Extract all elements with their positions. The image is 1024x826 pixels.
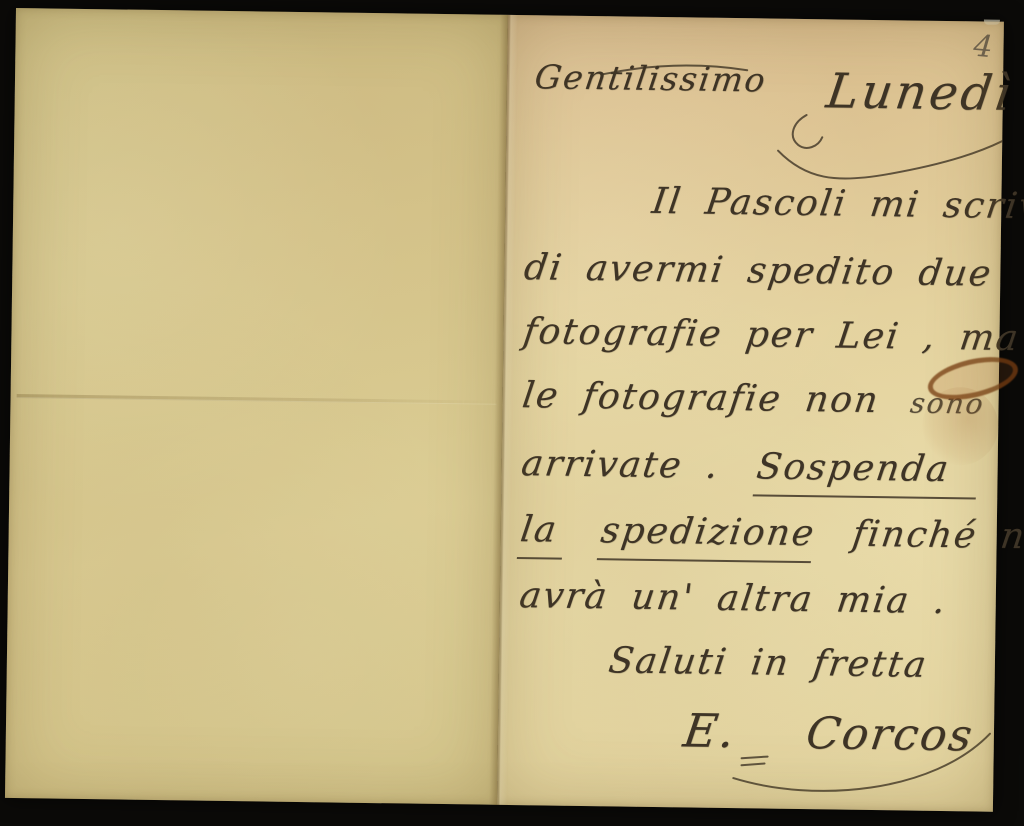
signature-surname: Corcos <box>803 708 977 761</box>
ink-stain-smudge <box>922 387 999 466</box>
paper-edge-notch <box>984 20 1000 25</box>
letter-greeting: Gentilissimo <box>532 57 769 99</box>
body-line: Il Pascoli mi scrive <box>650 181 1024 228</box>
body-line-text: le fotografie non <box>520 375 882 421</box>
horizontal-fold-crease <box>17 394 497 405</box>
body-line-text: arrivate . <box>519 443 722 487</box>
dateline-underline-flourish <box>778 133 1004 181</box>
body-line-text: finché non <box>850 514 1024 558</box>
dateline-entry-curl <box>793 115 823 148</box>
letter-closing: Saluti in fretta <box>606 640 930 685</box>
body-line: arrivate . Sospenda <box>519 443 983 490</box>
signature-initial: E. <box>680 703 740 758</box>
body-line: le fotografie non sono <box>520 375 988 422</box>
letter-dateline: Lunedì <box>823 63 1017 121</box>
letter-signature: E. Corcos <box>680 703 977 761</box>
body-line: di avermi spedito due <box>522 247 995 294</box>
underlined-word: spedizione <box>597 510 818 563</box>
body-line: la spedizione finché non <box>518 509 1024 558</box>
body-line: fotografie per Lei , ma <box>521 311 1023 359</box>
left-page-blank <box>5 8 508 805</box>
page-vignette <box>5 8 508 805</box>
right-page-written: 4 Gentilissimo Lunedì Il Pascoli mi scri… <box>497 15 1004 812</box>
letter-scan-root: 4 Gentilissimo Lunedì Il Pascoli mi scri… <box>0 0 1024 826</box>
body-line: avrà un' altra mia . <box>517 575 950 622</box>
folded-letter-sheet: 4 Gentilissimo Lunedì Il Pascoli mi scri… <box>5 8 1004 812</box>
page-number-pencil: 4 <box>972 29 994 65</box>
underlined-word: la <box>517 509 569 560</box>
paper-texture <box>5 8 508 805</box>
